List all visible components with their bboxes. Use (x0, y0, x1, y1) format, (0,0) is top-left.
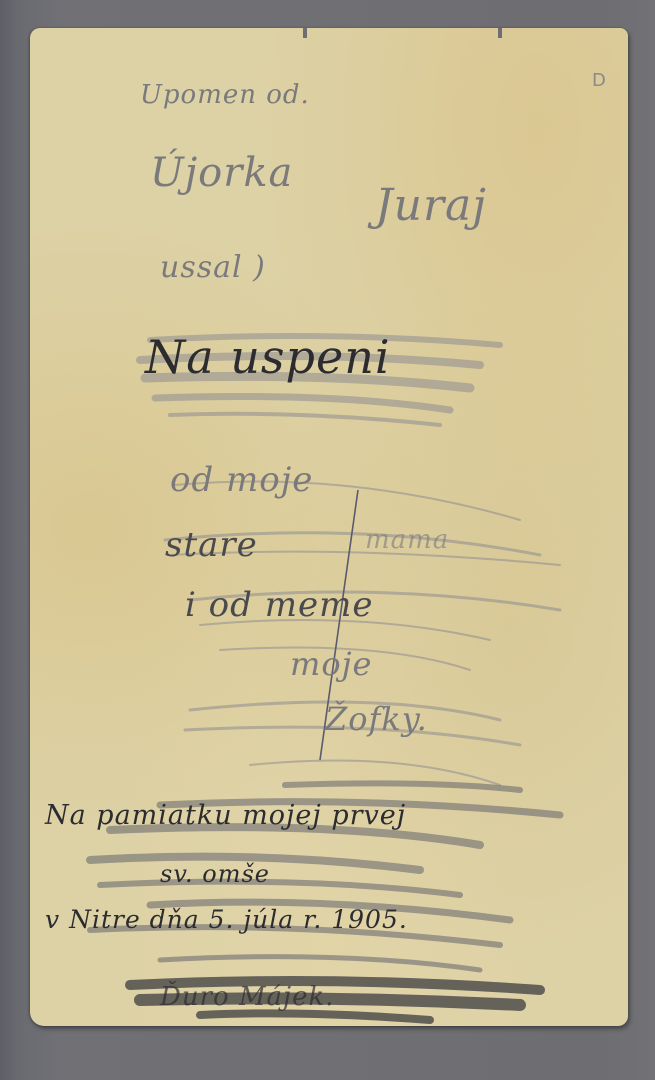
card-tear (303, 28, 307, 38)
handwritten-line-1: Upomen od. (140, 80, 310, 110)
handwritten-line-4: Na uspeni (145, 330, 391, 384)
handwritten-line-6b: mama (365, 525, 449, 555)
dedication-line-1: Na pamiatku mojej prvej (45, 800, 406, 831)
handwritten-line-2b: Juraj (375, 180, 487, 231)
handwritten-line-2: Újorka (150, 150, 293, 196)
handwritten-line-8: moje (290, 645, 372, 683)
card-tear (498, 28, 502, 38)
handwritten-line-6: stare (165, 525, 258, 565)
handwritten-line-3: ussal ) (160, 250, 266, 285)
dedication-line-2: sv. omše (160, 860, 270, 888)
corner-mark: D (592, 70, 606, 91)
paper-card (30, 28, 628, 1026)
handwritten-line-5: od moje (170, 460, 313, 500)
dedication-line-3: v Nitre dňa 5. júla r. 1905. (45, 905, 408, 934)
handwritten-line-7: i od meme (185, 585, 373, 625)
signature-line: Ďuro Májek. (160, 982, 335, 1012)
handwritten-line-9: Žofky. (325, 700, 428, 738)
